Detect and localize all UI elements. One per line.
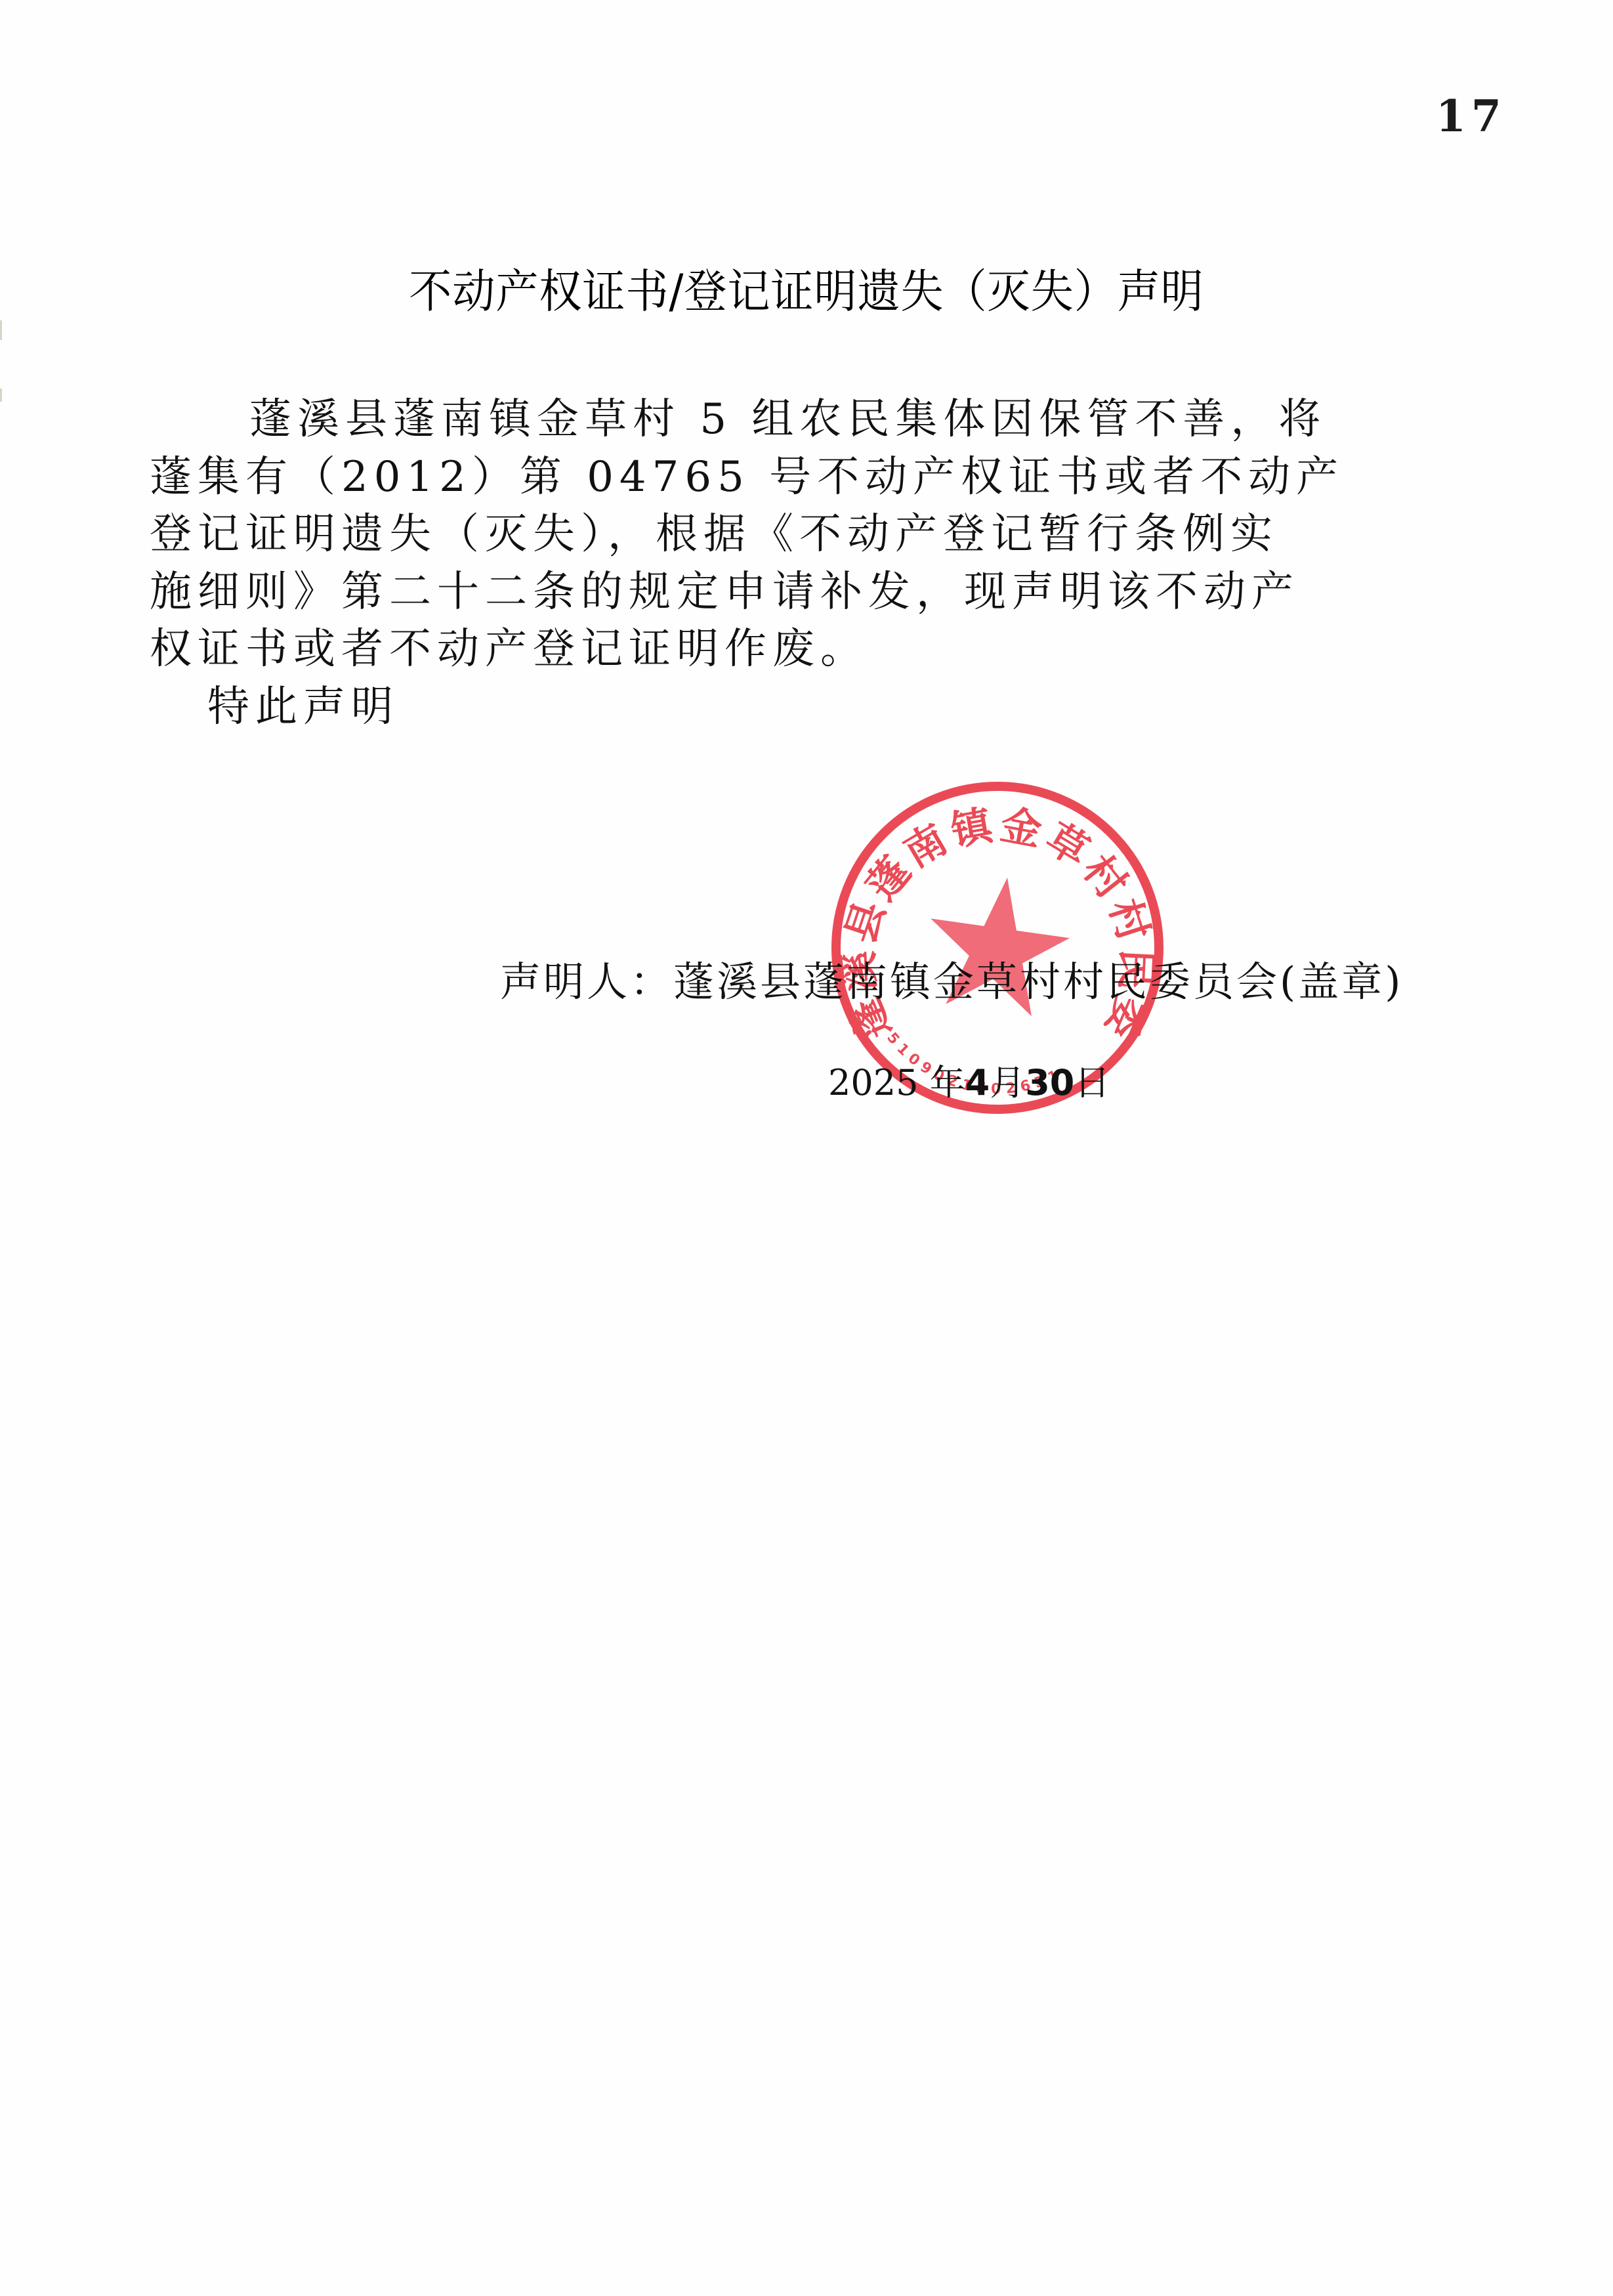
date-month-handwritten: 4: [965, 1062, 990, 1103]
body-line: 施细则》第二十二条的规定申请补发，现声明该不动产: [150, 564, 1416, 622]
date-month-label: 月: [990, 1062, 1025, 1103]
declaration-date: 2025 年4月30日: [828, 1055, 1110, 1105]
body-line: 登记证明遗失（灭失），根据《不动产登记暂行条例实: [150, 506, 1416, 564]
declarant-line: 声明人：蓬溪县蓬南镇金草村村民委员会(盖章): [500, 949, 1403, 1008]
body-line: 蓬集有（2012）第 04765 号不动产权证书或者不动产: [150, 449, 1416, 507]
page-number: 17: [1436, 91, 1507, 142]
date-year: 2025: [828, 1062, 918, 1103]
body-line: 权证书或者不动产登记证明作废。: [150, 621, 1416, 679]
document-page: 17 不动产权证书/登记证明遗失（灭失）声明 蓬溪县蓬南镇金草村 5 组农民集体…: [0, 0, 1613, 2296]
scan-edge-mark: [0, 320, 2, 340]
scan-edge-mark: [0, 389, 2, 402]
date-day-handwritten: 30: [1025, 1062, 1074, 1103]
body-line: 蓬溪县蓬南镇金草村 5 组农民集体因保管不善，将: [150, 391, 1416, 449]
declaration-body: 蓬溪县蓬南镇金草村 5 组农民集体因保管不善，将 蓬集有（2012）第 0476…: [150, 391, 1416, 736]
date-year-label: 年: [918, 1062, 965, 1103]
date-day-label: 日: [1074, 1062, 1110, 1103]
document-title: 不动产权证书/登记证明遗失（灭失）声明: [56, 255, 1557, 321]
closing-statement: 特此声明: [150, 679, 1416, 736]
